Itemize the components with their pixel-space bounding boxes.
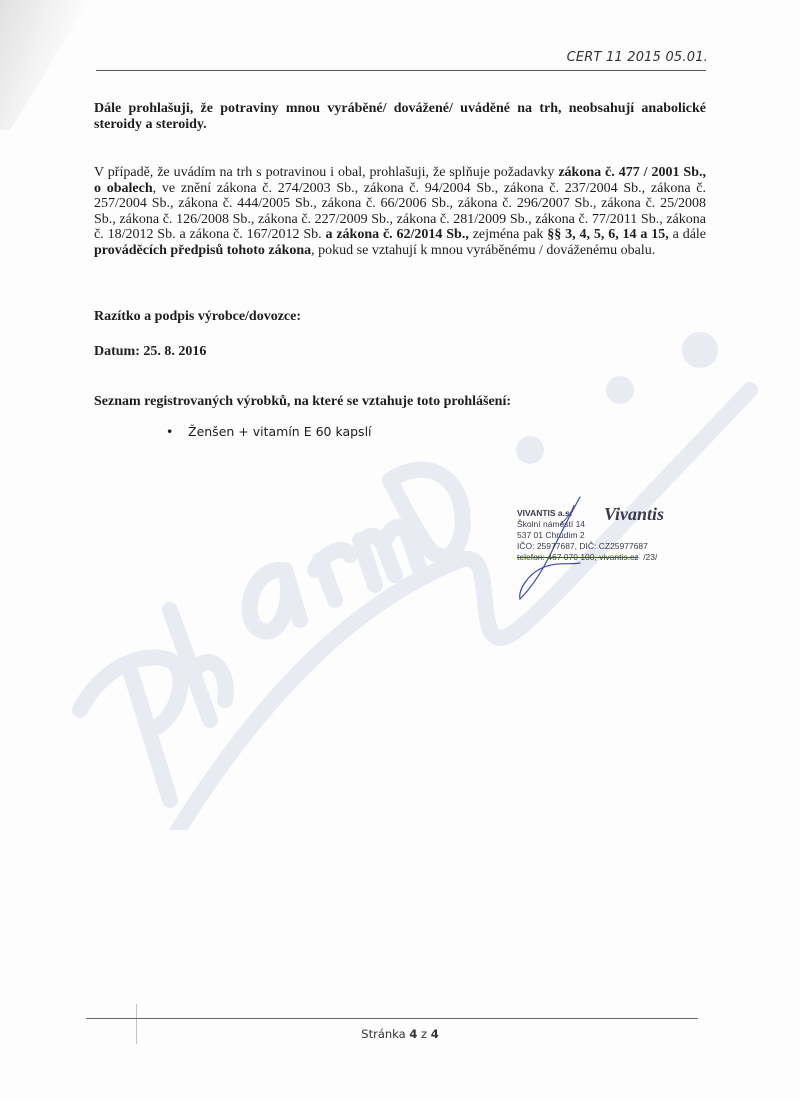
total-pages: 4 bbox=[431, 1027, 439, 1041]
product-name: Ženšen + vitamín E 60 kapslí bbox=[188, 424, 372, 439]
law-reference: a zákona č. 62/2014 Sb., bbox=[325, 227, 468, 242]
product-list-item: •Ženšen + vitamín E 60 kapslí bbox=[166, 424, 372, 439]
text-segment: a dále bbox=[669, 227, 706, 242]
stamp-note: /23/ bbox=[643, 552, 657, 562]
date-label: Datum: 25. 8. 2016 bbox=[94, 344, 206, 360]
vivantis-logo: Vivantis bbox=[604, 504, 664, 525]
packaging-law-declaration: V případě, že uvádím na trh s potravinou… bbox=[94, 165, 706, 258]
header-divider bbox=[96, 70, 706, 71]
regulations-reference: prováděcích předpisů tohoto zákona bbox=[94, 243, 311, 258]
signature bbox=[500, 495, 590, 605]
bullet-icon: • bbox=[166, 424, 188, 439]
document-code: CERT 11 2015 05.01. bbox=[567, 50, 708, 65]
text-segment: , pokud se vztahují k mnou vyráběnému / … bbox=[311, 243, 655, 258]
page-separator: z bbox=[417, 1027, 430, 1041]
footer-divider bbox=[86, 1018, 698, 1019]
product-list-title: Seznam registrovaných výrobků, na které … bbox=[94, 394, 511, 410]
page-prefix: Stránka bbox=[361, 1027, 409, 1041]
scan-fold-shadow bbox=[0, 0, 90, 130]
anabolic-steroids-declaration: Dále prohlašuji, že potraviny mnou vyráb… bbox=[94, 101, 706, 132]
stamp-signature-label: Razítko a podpis výrobce/dovozce: bbox=[94, 309, 301, 325]
page-number: Stránka 4 z 4 bbox=[0, 1027, 800, 1041]
section-reference: §§ 3, 4, 5, 6, 14 a 15, bbox=[547, 227, 668, 242]
text-segment: zejména pak bbox=[469, 227, 547, 242]
text-segment: V případě, že uvádím na trh s potravinou… bbox=[94, 165, 558, 180]
